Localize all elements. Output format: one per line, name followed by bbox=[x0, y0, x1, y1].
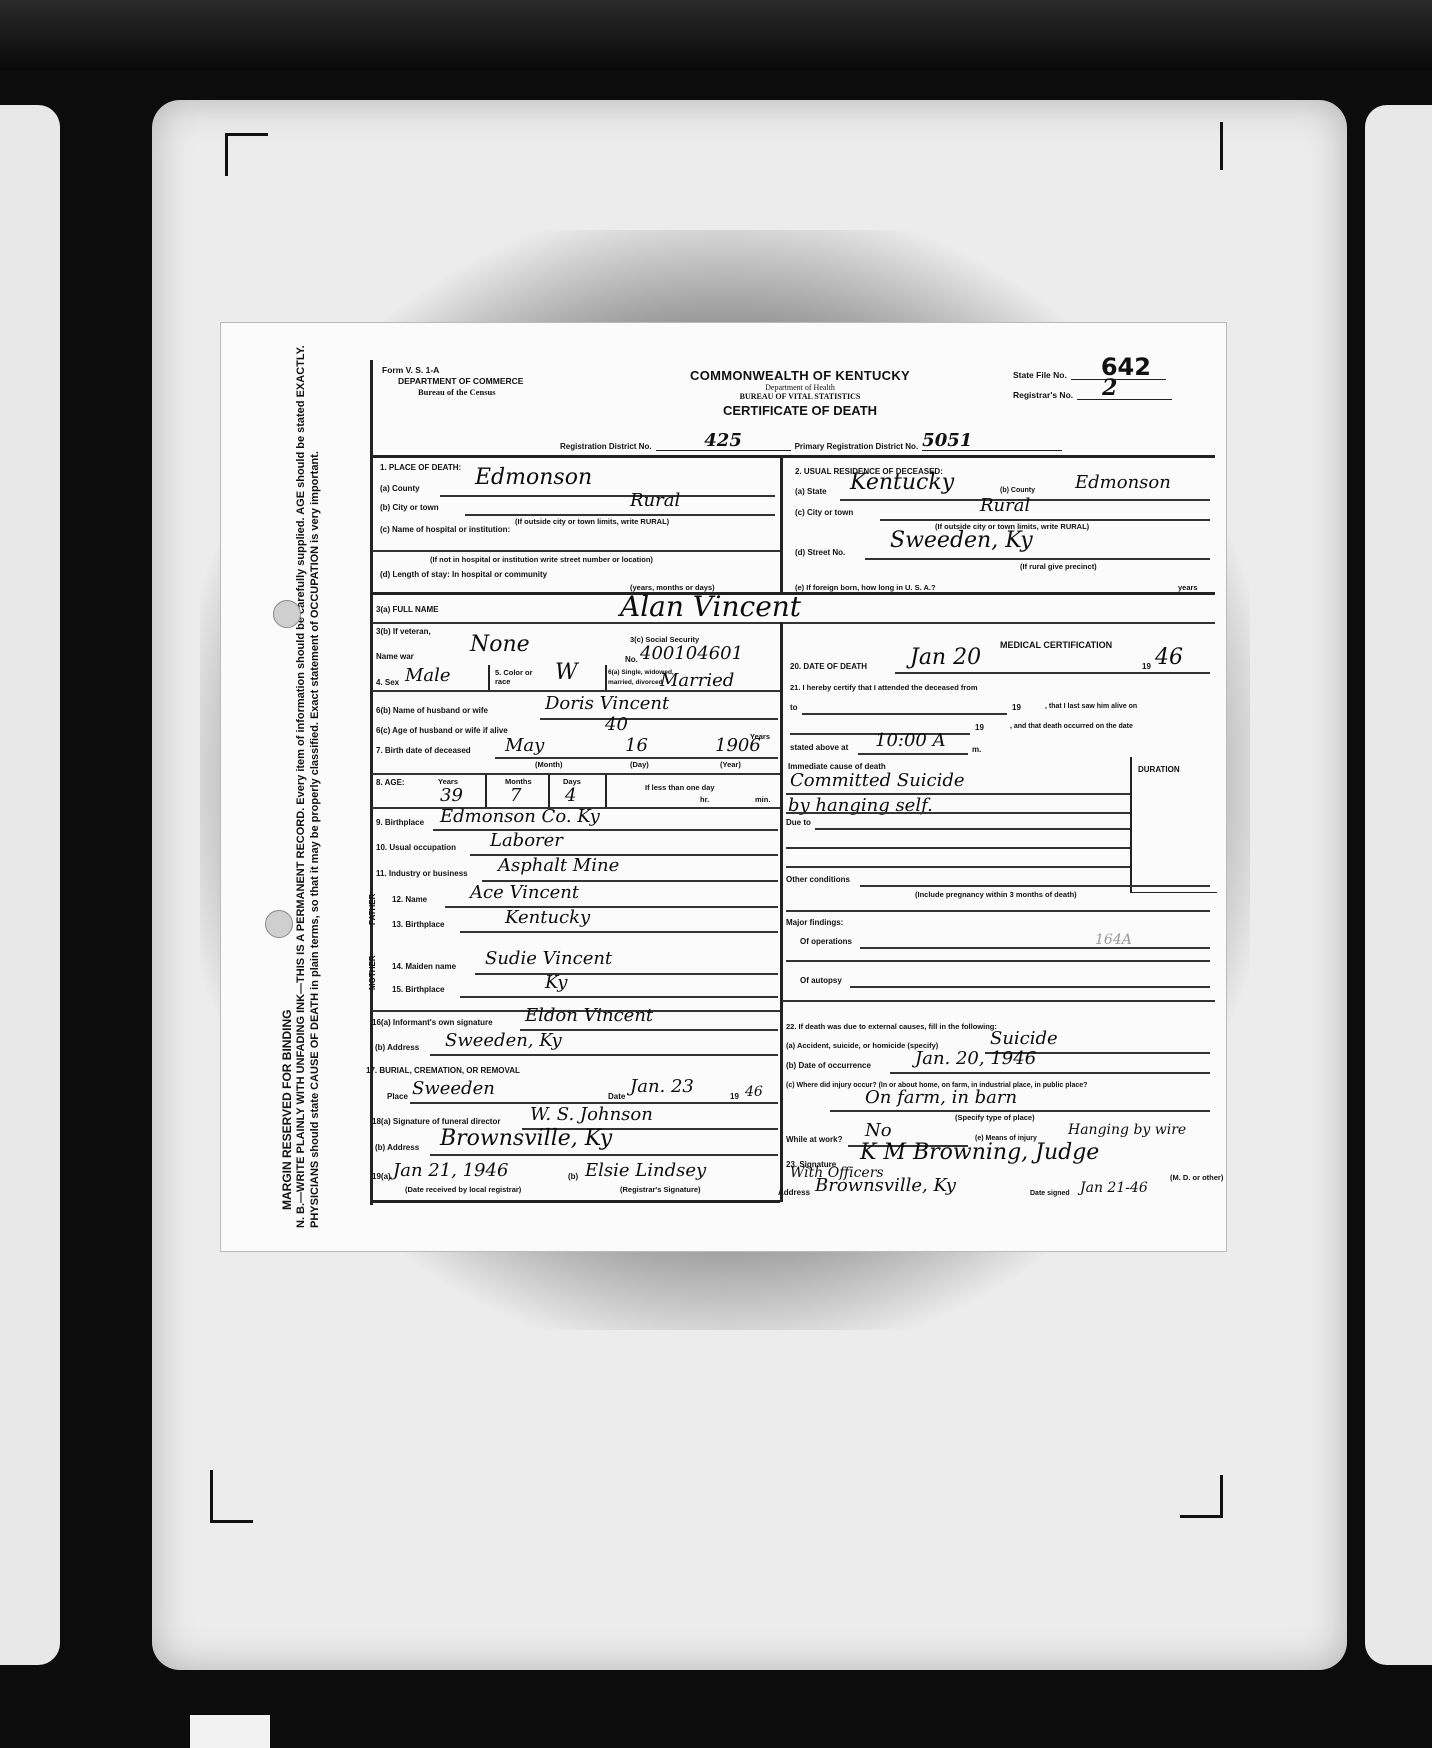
spouse-line bbox=[540, 718, 778, 720]
race: W bbox=[555, 660, 578, 685]
to-label: to bbox=[790, 703, 798, 712]
father-name-line bbox=[445, 906, 778, 908]
burial-place-label: Place bbox=[387, 1092, 408, 1101]
birthplace-label: 9. Birthplace bbox=[376, 818, 424, 827]
informant-address: Sweeden, Ky bbox=[445, 1030, 562, 1051]
res-city-label: (c) City or town bbox=[795, 508, 853, 517]
spouse-name: Doris Vincent bbox=[545, 693, 669, 714]
res-street-line bbox=[865, 558, 1210, 560]
injury-place: On farm, in barn bbox=[865, 1087, 1017, 1108]
department-name: DEPARTMENT OF COMMERCE bbox=[382, 376, 523, 387]
funeral-director-label: 18(a) Signature of funeral director bbox=[372, 1117, 500, 1126]
age-divider-2 bbox=[548, 775, 550, 807]
cause-line-1: Committed Suicide bbox=[790, 770, 965, 791]
operations-mark: 164A bbox=[1095, 932, 1132, 948]
age-divider-1 bbox=[485, 775, 487, 807]
while-at-work-label: While at work? bbox=[786, 1135, 842, 1144]
foreign-born-unit: years bbox=[1178, 583, 1198, 592]
burial-heading: 17. BURIAL, CREMATION, OR REMOVAL bbox=[366, 1066, 520, 1075]
injury-place-note: (Specify type of place) bbox=[955, 1113, 1035, 1122]
industry: Asphalt Mine bbox=[498, 855, 619, 876]
industry-label: 11. Industry or business bbox=[376, 869, 468, 878]
res-city: Rural bbox=[980, 495, 1030, 516]
age-label: 8. AGE: bbox=[376, 778, 405, 787]
occurrence-line bbox=[890, 1072, 1210, 1074]
full-name-label: 3(a) FULL NAME bbox=[376, 605, 439, 614]
autopsy-line bbox=[850, 986, 1210, 988]
sex-divider bbox=[488, 665, 490, 690]
registrar-signature-note: (Registrar's Signature) bbox=[620, 1185, 701, 1194]
binding-margin-title: MARGIN RESERVED FOR BINDING bbox=[280, 1010, 295, 1210]
major-findings-label: Major findings: bbox=[786, 918, 843, 927]
left-border-line bbox=[370, 360, 373, 1205]
external-heading: 22. If death was due to external causes,… bbox=[786, 1022, 997, 1031]
burial-year: 46 bbox=[745, 1084, 763, 1100]
adjacent-frame-right bbox=[1365, 105, 1432, 1665]
informant-address-label: (b) Address bbox=[375, 1043, 419, 1052]
min-label: min. bbox=[755, 795, 770, 804]
social-security-number: 400104601 bbox=[640, 643, 743, 664]
mother-name: Sudie Vincent bbox=[485, 948, 612, 969]
sex: Male bbox=[405, 665, 451, 686]
under-day-label: If less than one day bbox=[645, 783, 715, 792]
state-name: COMMONWEALTH OF KENTUCKY bbox=[640, 368, 960, 383]
birth-line bbox=[495, 757, 778, 759]
date-signed: Jan 21-46 bbox=[1080, 1180, 1148, 1196]
director-address-label: (b) Address bbox=[375, 1143, 419, 1152]
spouse-age-label: 6(c) Age of husband or wife if alive bbox=[376, 726, 508, 735]
res-county: Edmonson bbox=[1075, 472, 1171, 493]
mother-tag: MOTHER bbox=[365, 955, 380, 990]
father-tag: FATHER bbox=[365, 894, 380, 925]
res-state-label: (a) State bbox=[795, 487, 827, 496]
registrar-number: 2 bbox=[1102, 375, 1117, 401]
mother-birthplace: Ky bbox=[545, 972, 567, 993]
father-birthplace-line bbox=[460, 931, 778, 933]
due-rule-2 bbox=[786, 847, 1130, 849]
signature-note: (M. D. or other) bbox=[1170, 1173, 1223, 1182]
while-at-work: No bbox=[865, 1120, 892, 1141]
rule-bottom bbox=[372, 1200, 780, 1203]
mother-birthplace-line bbox=[460, 996, 778, 998]
primary-district-number: 5051 bbox=[922, 430, 1062, 451]
autopsy-label: Of autopsy bbox=[800, 976, 842, 985]
stay-label: (d) Length of stay: In hospital or commu… bbox=[380, 570, 547, 579]
adjacent-frame-left bbox=[0, 105, 60, 1665]
foreign-born-label: (e) If foreign born, how long in U. S. A… bbox=[795, 583, 936, 592]
hospital-note: (If not in hospital or institution write… bbox=[430, 555, 653, 564]
date-of-death-line bbox=[895, 672, 1210, 674]
operations-line bbox=[860, 947, 1210, 949]
rule-after-birthdate bbox=[372, 773, 780, 775]
director-address: Brownsville, Ky bbox=[440, 1126, 612, 1151]
operations-label: Of operations bbox=[800, 937, 852, 946]
occupation: Laborer bbox=[490, 830, 563, 851]
ss-no-label: No. bbox=[625, 655, 638, 664]
autopsy-rule bbox=[786, 960, 1210, 962]
crop-mark-top-right bbox=[1180, 122, 1223, 170]
binding-instructions: N. B.—WRITE PLAINLY WITH UNFADING INK—TH… bbox=[294, 338, 322, 1228]
due-to-label: Due to bbox=[786, 818, 811, 827]
death-city-note: (If outside city or town limits, write R… bbox=[515, 517, 669, 526]
age-days: 4 bbox=[565, 785, 576, 806]
res-street-note: (If rural give precinct) bbox=[1020, 562, 1097, 571]
burial-year-prefix: 19 bbox=[730, 1092, 739, 1101]
m-label: m. bbox=[972, 745, 981, 754]
certifier-address: Brownsville, Ky bbox=[815, 1175, 956, 1196]
birthplace-line bbox=[433, 829, 778, 831]
reg-district-number: 425 bbox=[656, 430, 791, 451]
place-of-death-heading: 1. PLACE OF DEATH: bbox=[380, 463, 461, 472]
month-note: (Month) bbox=[535, 760, 562, 769]
occurrence-date: Jan. 20, 1946 bbox=[915, 1048, 1036, 1069]
nineteen-2: 19 bbox=[975, 723, 984, 732]
mother-name-line bbox=[475, 973, 778, 975]
time-line bbox=[858, 753, 968, 755]
year-note: (Year) bbox=[720, 760, 741, 769]
form-header-center: COMMONWEALTH OF KENTUCKY Department of H… bbox=[640, 368, 960, 418]
occurrence-date-label: (b) Date of occurrence bbox=[786, 1061, 871, 1070]
duration-column bbox=[1130, 757, 1217, 893]
file-numbers: State File No. 642 Registrar's No. 2 bbox=[1013, 360, 1172, 400]
hospital-label: (c) Name of hospital or institution: bbox=[380, 525, 510, 534]
date-of-death: Jan 20 bbox=[910, 645, 981, 670]
medical-heading: MEDICAL CERTIFICATION bbox=[1000, 640, 1112, 650]
death-county-line bbox=[440, 495, 775, 497]
veteran-label: 3(b) If veteran, bbox=[376, 627, 431, 636]
received-label: 19(a) bbox=[372, 1172, 391, 1181]
death-city-label: (b) City or town bbox=[380, 503, 439, 512]
age-years: 39 bbox=[440, 785, 463, 806]
mother-birthplace-label: 15. Birthplace bbox=[392, 985, 444, 994]
form-header-left: Form V. S. 1-A DEPARTMENT OF COMMERCE Bu… bbox=[382, 365, 523, 398]
registrar-signature-label: (b) bbox=[568, 1172, 578, 1181]
punch-hole-bottom bbox=[265, 910, 293, 938]
registration-districts: Registration District No. 425 Primary Re… bbox=[560, 430, 1062, 451]
death-time: 10:00 A bbox=[875, 730, 946, 751]
death-type: Suicide bbox=[990, 1028, 1058, 1049]
punch-hole-top bbox=[273, 600, 301, 628]
occurred-text: , and that death occurred on the date bbox=[1010, 723, 1133, 730]
age-divider-3 bbox=[605, 775, 607, 807]
hr-label: hr. bbox=[700, 795, 709, 804]
informant-label: 16(a) Informant's own signature bbox=[372, 1018, 493, 1027]
birth-year: 1906 bbox=[715, 735, 761, 756]
death-year-prefix: 19 bbox=[1142, 662, 1151, 671]
divider-main bbox=[780, 622, 783, 1202]
age-months: 7 bbox=[510, 785, 521, 806]
state-file-label: State File No. bbox=[1013, 370, 1067, 380]
crop-mark-top-left bbox=[225, 133, 268, 176]
other-conditions-label: Other conditions bbox=[786, 875, 850, 884]
other-conditions-line bbox=[860, 885, 1210, 887]
father-name: Ace Vincent bbox=[470, 882, 579, 903]
director-address-line bbox=[430, 1154, 778, 1156]
alive-text: , that I last saw him alive on bbox=[1045, 703, 1137, 710]
father-birthplace: Kentucky bbox=[505, 907, 590, 928]
due-to-line bbox=[815, 828, 1130, 830]
race-divider bbox=[605, 665, 607, 690]
birth-month: May bbox=[505, 735, 544, 756]
informant-address-line bbox=[430, 1054, 778, 1056]
res-city-line bbox=[880, 519, 1210, 521]
film-top-band bbox=[0, 0, 1432, 70]
death-city-line bbox=[465, 514, 775, 516]
hospital-line bbox=[372, 550, 780, 552]
full-name: Alan Vincent bbox=[620, 590, 801, 623]
to-line bbox=[802, 713, 1007, 715]
registrar-number-label: Registrar's No. bbox=[1013, 390, 1073, 400]
certificate-title: CERTIFICATE OF DEATH bbox=[640, 403, 960, 418]
death-year: 46 bbox=[1155, 645, 1183, 670]
sex-label: 4. Sex bbox=[376, 678, 399, 687]
certifier-address-label: Address bbox=[778, 1188, 810, 1197]
received-date: Jan 21, 1946 bbox=[393, 1160, 508, 1181]
health-department: Department of Health bbox=[640, 383, 960, 392]
bureau-name: Bureau of the Census bbox=[382, 387, 523, 398]
other-conditions-note: (Include pregnancy within 3 months of de… bbox=[915, 890, 1077, 899]
war-name: None bbox=[470, 632, 530, 657]
rule-after-header bbox=[372, 455, 1215, 458]
form-number: Form V. S. 1-A bbox=[382, 365, 523, 376]
date-signed-label: Date signed bbox=[1030, 1190, 1070, 1197]
burial-place: Sweeden bbox=[412, 1078, 495, 1099]
rule-before-external bbox=[782, 1000, 1215, 1002]
nineteen-1: 19 bbox=[1012, 703, 1021, 712]
certify-label: 21. I hereby certify that I attended the… bbox=[790, 683, 978, 692]
death-county: Edmonson bbox=[475, 465, 592, 490]
res-street-label: (d) Street No. bbox=[795, 548, 845, 557]
injury-place-line bbox=[830, 1110, 1210, 1112]
binding-margin: MARGIN RESERVED FOR BINDING N. B.—WRITE … bbox=[232, 340, 344, 1230]
war-label: Name war bbox=[376, 652, 414, 661]
reg-district-label: Registration District No. bbox=[560, 442, 652, 451]
mother-name-label: 14. Maiden name bbox=[392, 962, 456, 971]
spouse-age: 40 bbox=[605, 714, 628, 735]
race-label: 5. Color or race bbox=[495, 668, 545, 686]
burial-date-label: Date bbox=[608, 1092, 625, 1101]
funeral-director: W. S. Johnson bbox=[530, 1104, 653, 1125]
crop-mark-bottom-left bbox=[210, 1470, 253, 1523]
death-county-label: (a) County bbox=[380, 484, 420, 493]
date-of-death-label: 20. DATE OF DEATH bbox=[790, 662, 867, 671]
birth-date-label: 7. Birth date of deceased bbox=[376, 746, 471, 755]
death-city: Rural bbox=[630, 490, 680, 511]
res-street: Sweeden, Ky bbox=[890, 528, 1033, 553]
divider-top bbox=[780, 455, 783, 592]
father-name-label: 12. Name bbox=[392, 895, 427, 904]
primary-district-label: Primary Registration District No. bbox=[795, 442, 919, 451]
crop-mark-bottom-right bbox=[1180, 1475, 1223, 1518]
occupation-label: 10. Usual occupation bbox=[376, 843, 456, 852]
marital-status: Married bbox=[660, 670, 734, 691]
vital-statistics-bureau: BUREAU OF VITAL STATISTICS bbox=[640, 392, 960, 401]
certifier-signature: K M Browning, Judge bbox=[860, 1140, 1099, 1165]
res-county-label: (b) County bbox=[1000, 487, 1035, 494]
birth-day: 16 bbox=[625, 735, 648, 756]
received-note: (Date received by local registrar) bbox=[405, 1185, 521, 1194]
father-birthplace-label: 13. Birthplace bbox=[392, 920, 444, 929]
day-note: (Day) bbox=[630, 760, 649, 769]
registrar-signature: Elsie Lindsey bbox=[585, 1160, 706, 1181]
spouse-label: 6(b) Name of husband or wife bbox=[376, 706, 488, 715]
stated-at-label: stated above at bbox=[790, 743, 848, 752]
burial-date: Jan. 23 bbox=[630, 1076, 694, 1097]
means-of-injury: Hanging by wire bbox=[1068, 1122, 1186, 1138]
birthplace: Edmonson Co. Ky bbox=[440, 806, 600, 827]
due-rule-3 bbox=[786, 866, 1130, 868]
cause-rule-2 bbox=[786, 812, 1130, 814]
duration-label: DURATION bbox=[1138, 765, 1180, 774]
findings-rule bbox=[786, 910, 1210, 912]
film-bottom-tab bbox=[190, 1715, 270, 1748]
res-state: Kentucky bbox=[850, 470, 954, 495]
informant-signature: Eldon Vincent bbox=[525, 1005, 653, 1026]
